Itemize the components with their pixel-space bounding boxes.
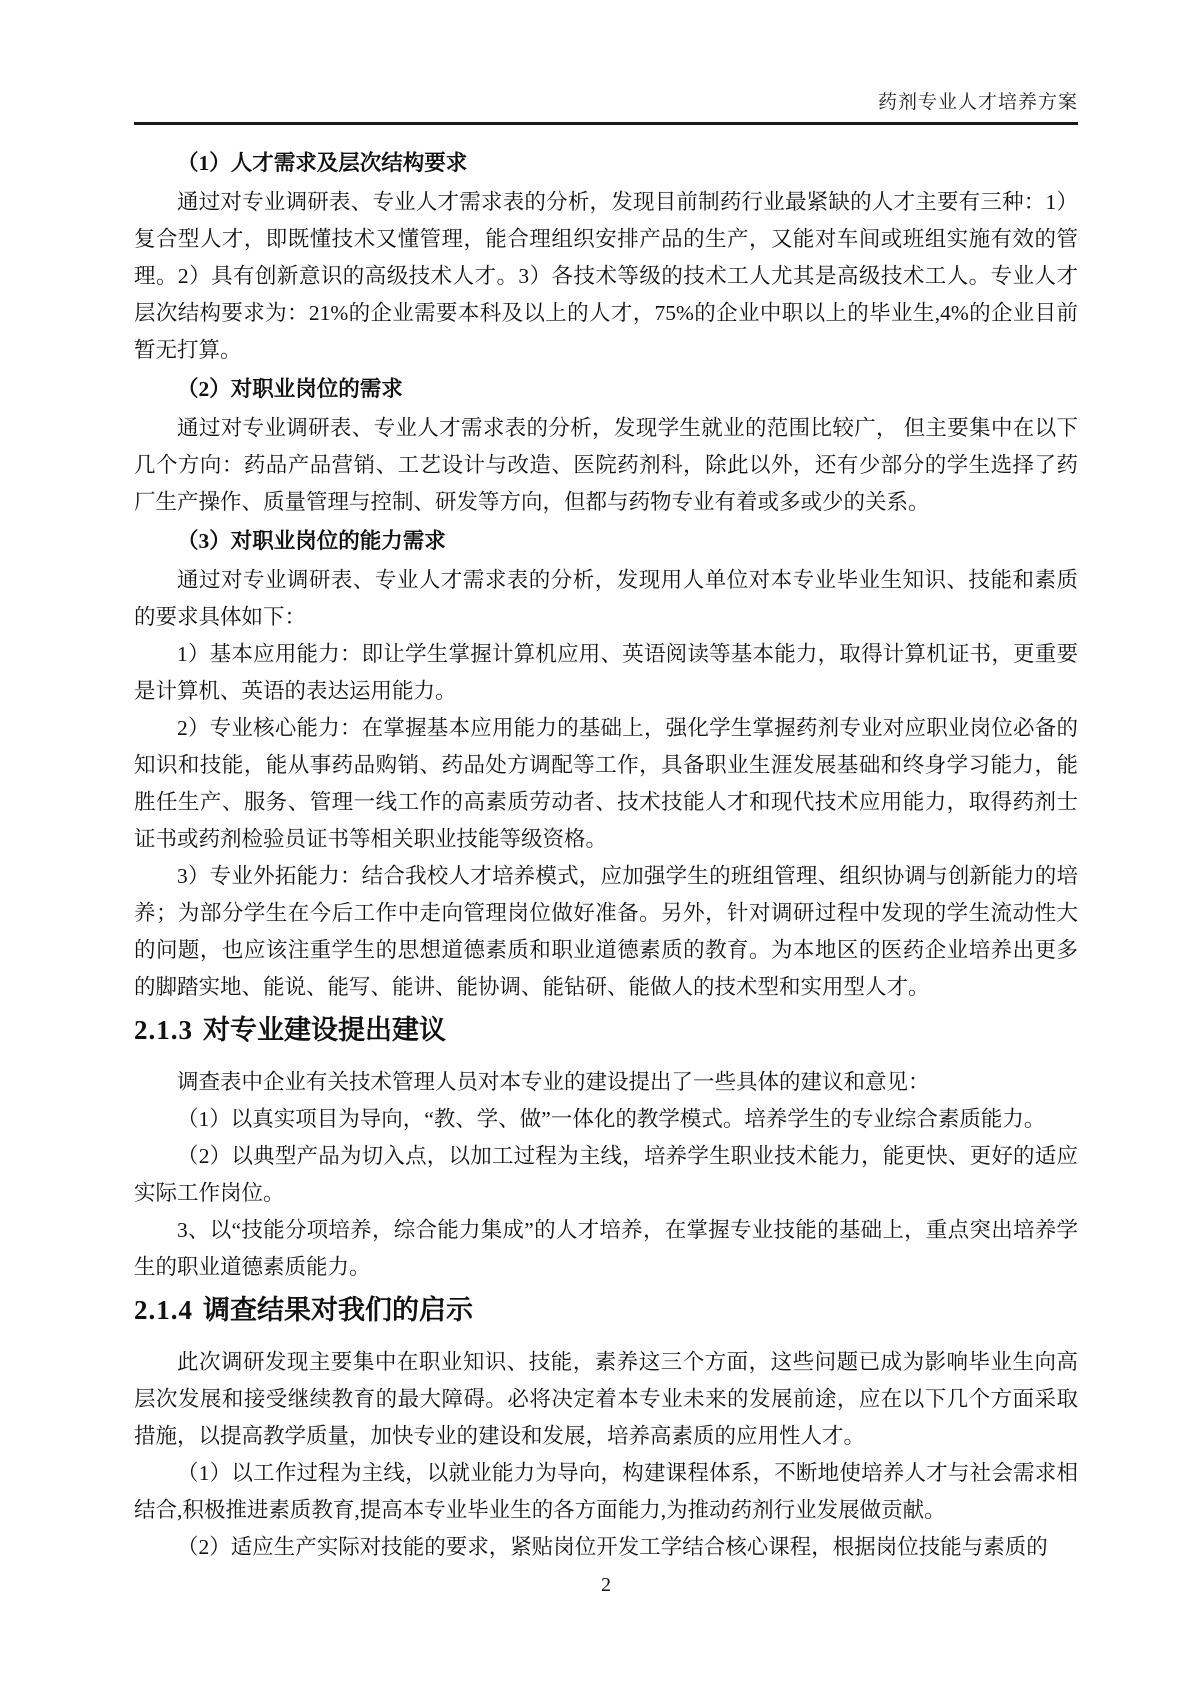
section-heading-2-1-3: 2.1.3对专业建设提出建议 xyxy=(134,1008,1078,1052)
section-number: 2.1.3 xyxy=(134,1015,193,1045)
paragraph-measure-2: （2）适应生产实际对技能的要求，紧贴岗位开发工学结合核心课程，根据岗位技能与素质… xyxy=(134,1529,1078,1566)
document-page: 药剂专业人才培养方案 （1）人才需求及层次结构要求 通过对专业调研表、专业人才需… xyxy=(0,0,1199,1696)
page-number: 2 xyxy=(601,1574,611,1596)
section-title: 调查结果对我们的启示 xyxy=(203,1295,473,1325)
section-title: 对专业建设提出建议 xyxy=(203,1015,446,1045)
paragraph-job-demand: 通过对专业调研表、专业人才需求表的分析，发现学生就业的范围比较广， 但主要集中在… xyxy=(134,410,1078,521)
sub-heading-job-demand: （2）对职业岗位的需求 xyxy=(134,371,1078,408)
paragraph-extended-ability: 3）专业外拓能力：结合我校人才培养模式，应加强学生的班组管理、组织协调与创新能力… xyxy=(134,858,1078,1006)
paragraph-suggestion-2: （2）以典型产品为切入点，以加工过程为主线，培养学生职业技术能力，能更快、更好的… xyxy=(134,1138,1078,1212)
paragraph-measure-1: （1）以工作过程为主线，以就业能力为导向，构建课程体系，不断地使培养人才与社会需… xyxy=(134,1455,1078,1529)
paragraph-findings: 此次调研发现主要集中在职业知识、技能，素养这三个方面，这些问题已成为影响毕业生向… xyxy=(134,1344,1078,1455)
paragraph-basic-ability: 1）基本应用能力：即让学生掌握计算机应用、英语阅读等基本能力，取得计算机证书，更… xyxy=(134,636,1078,710)
paragraph-suggestions-intro: 调查表中企业有关技术管理人员对本专业的建设提出了一些具体的建议和意见： xyxy=(134,1064,1078,1101)
header-title: 药剂专业人才培养方案 xyxy=(134,90,1078,116)
page-header: 药剂专业人才培养方案 xyxy=(134,90,1078,125)
document-body: （1）人才需求及层次结构要求 通过对专业调研表、专业人才需求表的分析，发现目前制… xyxy=(134,133,1078,1566)
header-rule xyxy=(134,122,1078,125)
sub-heading-ability-demand: （3）对职业岗位的能力需求 xyxy=(134,523,1078,560)
page-footer: 2 xyxy=(134,1570,1078,1600)
section-heading-2-1-4: 2.1.4调查结果对我们的启示 xyxy=(134,1288,1078,1332)
paragraph-suggestion-3: 3、以“技能分项培养，综合能力集成”的人才培养，在掌握专业技能的基础上，重点突出… xyxy=(134,1212,1078,1286)
paragraph-core-ability: 2）专业核心能力：在掌握基本应用能力的基础上，强化学生掌握药剂专业对应职业岗位必… xyxy=(134,710,1078,858)
paragraph-suggestion-1: （1）以真实项目为导向，“教、学、做”一体化的教学模式。培养学生的专业综合素质能… xyxy=(134,1101,1078,1138)
paragraph-talent-demand: 通过对专业调研表、专业人才需求表的分析，发现目前制药行业最紧缺的人才主要有三种：… xyxy=(134,184,1078,369)
paragraph-ability-intro: 通过对专业调研表、专业人才需求表的分析，发现用人单位对本专业毕业生知识、技能和素… xyxy=(134,562,1078,636)
sub-heading-talent-demand: （1）人才需求及层次结构要求 xyxy=(134,145,1078,182)
section-number: 2.1.4 xyxy=(134,1295,193,1325)
